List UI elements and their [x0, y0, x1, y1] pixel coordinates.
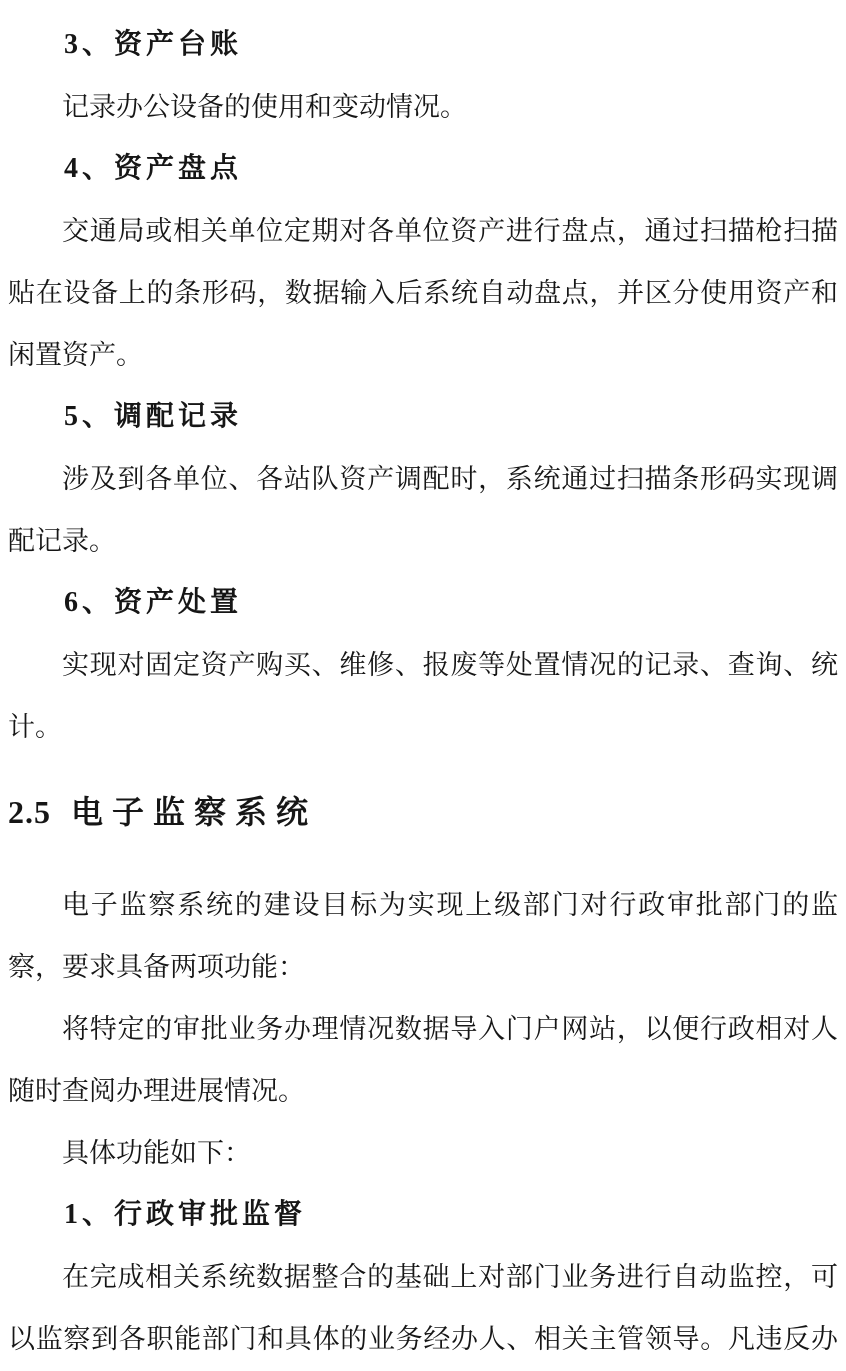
document-page: 3、资产台账 记录办公设备的使用和变动情况。 4、资产盘点 交通局或相关单位定期…	[0, 0, 846, 1371]
heading-asset-disposal: 6、资产处置	[8, 572, 838, 634]
paragraph-allocation-record-desc: 涉及到各单位、各站队资产调配时，系统通过扫描条形码实现调配记录。	[8, 448, 838, 572]
paragraph-asset-ledger-desc: 记录办公设备的使用和变动情况。	[8, 76, 838, 138]
paragraph-asset-disposal-desc: 实现对固定资产购买、维修、报废等处置情况的记录、查询、统计。	[8, 634, 838, 758]
paragraph-admin-approval-supervision-desc: 在完成相关系统数据整合的基础上对部门业务进行自动监控，可以监察到各职能部门和具体…	[8, 1246, 838, 1370]
paragraph-functions-intro: 具体功能如下：	[8, 1122, 838, 1184]
paragraph-monitoring-goal: 电子监察系统的建设目标为实现上级部门对行政审批部门的监察，要求具备两项功能：	[8, 874, 838, 998]
heading-asset-ledger: 3、资产台账	[8, 14, 838, 76]
heading-asset-inventory: 4、资产盘点	[8, 138, 838, 200]
paragraph-portal-data-import: 将特定的审批业务办理情况数据导入门户网站，以便行政相对人随时查阅办理进展情况。	[8, 998, 838, 1122]
heading-allocation-record: 5、调配记录	[8, 386, 838, 448]
section-title: 电子监察系统	[71, 794, 317, 830]
section-number: 2.5	[8, 794, 51, 830]
section-heading-electronic-monitoring-system: 2.5 电子监察系统	[8, 781, 838, 843]
heading-admin-approval-supervision: 1、行政审批监督	[8, 1184, 838, 1246]
paragraph-asset-inventory-desc: 交通局或相关单位定期对各单位资产进行盘点，通过扫描枪扫描贴在设备上的条形码，数据…	[8, 200, 838, 386]
